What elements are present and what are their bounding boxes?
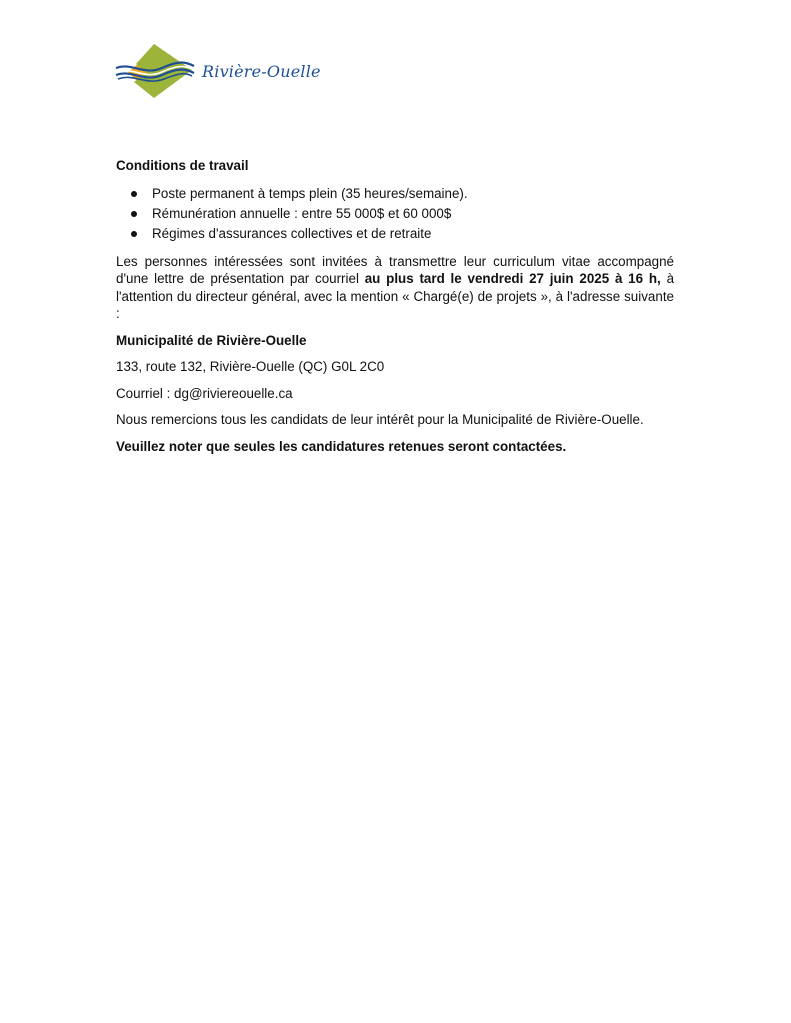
list-item: Poste permanent à temps plein (35 heures… [116, 184, 674, 204]
bullet-icon [131, 231, 137, 237]
bullet-icon [131, 211, 137, 217]
list-item: Rémunération annuelle : entre 55 000$ et… [116, 204, 674, 224]
bullet-icon [131, 191, 137, 197]
conditions-list: Poste permanent à temps plein (35 heures… [116, 184, 674, 244]
note-paragraph: Veuillez noter que seules les candidatur… [116, 438, 674, 456]
deadline-text: au plus tard le vendredi 27 juin 2025 à … [365, 271, 661, 286]
river-landscape-icon [114, 42, 196, 100]
email-link[interactable]: dg@riviereouelle.ca [174, 386, 293, 401]
conditions-heading: Conditions de travail [116, 157, 674, 175]
thanks-paragraph: Nous remercions tous les candidats de le… [116, 411, 674, 429]
document-body: Conditions de travail Poste permanent à … [116, 157, 674, 464]
organization-name: Municipalité de Rivière-Ouelle [116, 332, 674, 350]
logo-text: Rivière-Ouelle [202, 62, 321, 81]
municipality-logo: Rivière-Ouelle [114, 42, 334, 100]
application-paragraph: Les personnes intéressées sont invitées … [116, 253, 674, 323]
email-line: Courriel : dg@riviereouelle.ca [116, 385, 674, 403]
list-item: Régimes d'assurances collectives et de r… [116, 224, 674, 244]
street-address: 133, route 132, Rivière-Ouelle (QC) G0L … [116, 358, 674, 376]
